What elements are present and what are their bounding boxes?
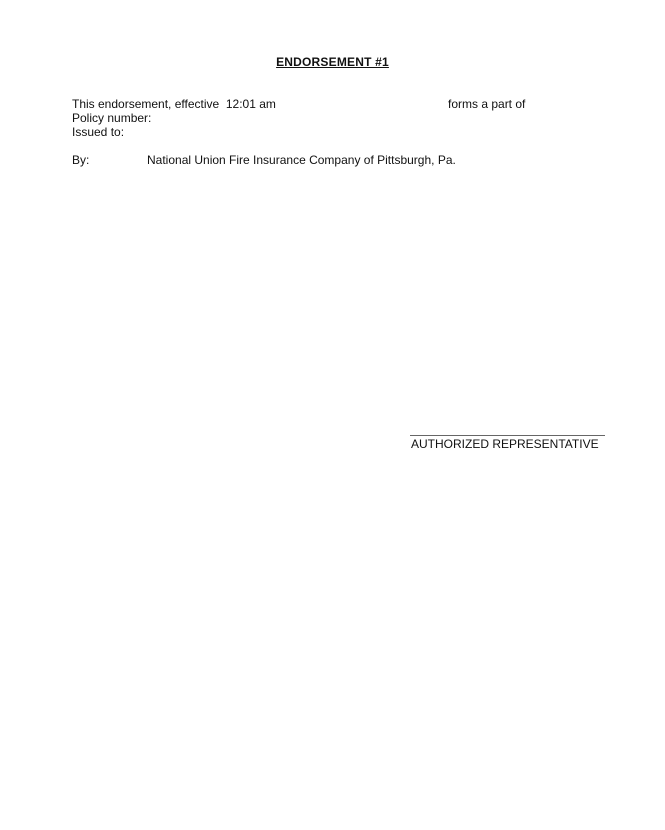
issued-to-label: Issued to: <box>72 125 124 139</box>
signature-label: AUTHORIZED REPRESENTATIVE <box>411 437 599 451</box>
forms-part-of-label: forms a part of <box>448 97 525 111</box>
policy-number-label: Policy number: <box>72 111 151 125</box>
by-label: By: <box>72 153 89 167</box>
effective-line: This endorsement, effective 12:01 am <box>72 97 276 111</box>
document-page: ENDORSEMENT #1 This endorsement, effecti… <box>0 0 665 830</box>
effective-time: 12:01 am <box>226 97 276 111</box>
endorsement-title: ENDORSEMENT #1 <box>0 55 665 69</box>
signature-line <box>410 435 605 436</box>
effective-label: This endorsement, effective <box>72 97 219 111</box>
insurer-name: National Union Fire Insurance Company of… <box>147 153 456 167</box>
